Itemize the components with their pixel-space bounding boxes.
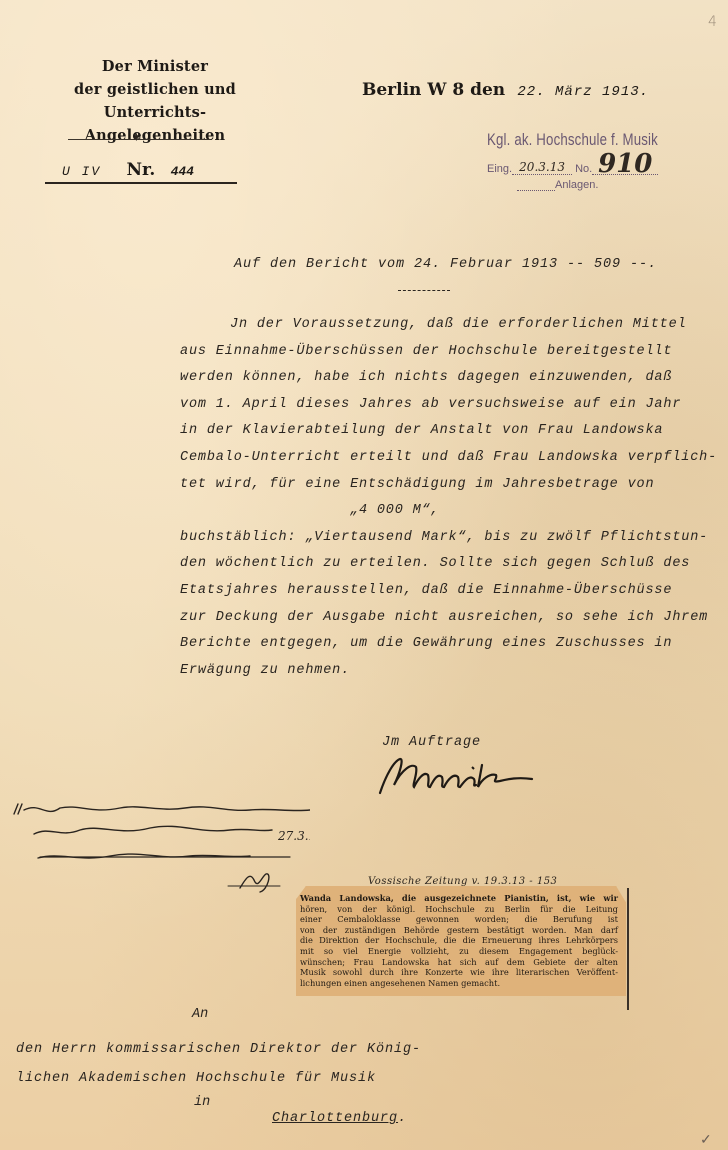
- file-reference: U IV Nr. 444: [62, 160, 194, 180]
- body-line: buchstäblich: „Viertausend Mark“, bis zu…: [180, 525, 720, 552]
- clipping-line: Wanda Landowska, die ausgezeichnete Pian…: [300, 893, 618, 904]
- body-line: in der Klavierabteilung der Anstalt von …: [180, 418, 720, 445]
- no-label: No.: [575, 163, 592, 175]
- department-code: U IV: [62, 164, 101, 179]
- clipping-line: lichungen einen angesehenen Namen gemach…: [300, 978, 618, 989]
- address-line-2: lichen Akademischen Hochschule für Musik: [16, 1064, 421, 1093]
- clipping-line: von der zuständigen Behörde gestern best…: [300, 925, 618, 936]
- city-punct: .: [398, 1111, 407, 1126]
- letter-body: Jn der Voraussetzung, daß die erforderli…: [180, 312, 720, 684]
- address-city: Charlottenburg.: [272, 1111, 407, 1126]
- body-line: Erwägung zu nehmen.: [180, 658, 720, 685]
- separator: [398, 290, 450, 291]
- clipping-line: Musik sowohl durch ihre Konzerte wie ihr…: [300, 967, 618, 978]
- handwritten-note: 27.3.13: [10, 800, 310, 900]
- clipping-line: wünschen; Frau Landowska hat sich auf de…: [300, 957, 618, 968]
- anlagen-dots: [517, 190, 555, 191]
- letterhead: Der Minister der geistlichen und Unterri…: [40, 55, 270, 147]
- stamp-anlagen-row: Anlagen.: [517, 179, 706, 191]
- eing-label: Eing.: [487, 163, 512, 175]
- stamp-title: Kgl. ak. Hochschule f. Musik: [487, 130, 658, 150]
- nr-value: 444: [171, 164, 194, 179]
- body-line: Jn der Voraussetzung, daß die erforderli…: [180, 312, 720, 339]
- no-value: 910: [592, 154, 658, 175]
- receipt-stamp: Kgl. ak. Hochschule f. Musik Eing. 20.3.…: [487, 130, 706, 191]
- body-line: tet wird, für eine Entschädigung im Jahr…: [180, 472, 720, 499]
- ornament-star-icon: ⁕: [131, 131, 142, 146]
- closing-auftrag: Jm Auftrage: [382, 735, 481, 750]
- address-block: den Herrn kommissarischen Direktor der K…: [16, 1035, 421, 1093]
- clipping-margin-line: [627, 888, 629, 1010]
- clipping-line: die Direktion der Hochschule, die die Er…: [300, 935, 618, 946]
- body-line: Cembalo-Unterricht erteilt und daß Frau …: [180, 445, 720, 472]
- clipping-line: hören, von der königl. Hochschule zu Ber…: [300, 904, 618, 915]
- eing-date: 20.3.13: [512, 160, 572, 175]
- report-reference: Auf den Bericht vom 24. Februar 1913 -- …: [234, 257, 657, 272]
- anlagen-label: Anlagen.: [555, 179, 598, 191]
- place-date: Berlin W 8 den 22. März 1913.: [362, 80, 649, 100]
- city-name: Charlottenburg: [272, 1111, 398, 1126]
- clipping-line: mit so viel Energie vollzieht, zu diesem…: [300, 946, 618, 957]
- page-number: 4: [708, 14, 717, 30]
- stamp-eing-row: Eing. 20.3.13 No. 910: [487, 154, 706, 175]
- nr-label: Nr.: [126, 160, 155, 180]
- body-line: werden können, habe ich nichts dagegen e…: [180, 365, 720, 392]
- letterhead-line-2: der geistlichen und Unterrichts-: [40, 78, 270, 124]
- body-amount: „4 000 M“,: [180, 498, 720, 525]
- body-line: den wöchentlich zu erteilen. Sollte sich…: [180, 551, 720, 578]
- letterhead-line-3: Angelegenheiten: [40, 124, 270, 147]
- place: Berlin W 8 den: [362, 80, 505, 100]
- address-an: An: [192, 1007, 208, 1022]
- clipping-line: einer Cembaloklasse gewonnen worden; die…: [300, 914, 618, 925]
- body-line: Berichte entgegen, um die Gewährung eine…: [180, 631, 720, 658]
- clipping-source: Vossische Zeitung v. 19.3.13 - 153: [368, 876, 557, 887]
- body-line: Etatsjahres herausstellen, daß die Einna…: [180, 578, 720, 605]
- letterhead-line-1: Der Minister: [40, 55, 270, 78]
- signature: [372, 755, 547, 800]
- address-in: in: [194, 1095, 210, 1110]
- reference-rule: [45, 182, 237, 184]
- note-date: 27.3.13: [277, 829, 310, 843]
- body-line: zur Deckung der Ausgabe nicht ausreichen…: [180, 605, 720, 632]
- body-line: vom 1. April dieses Jahres ab versuchswe…: [180, 392, 720, 419]
- corner-mark: ✓: [700, 1132, 712, 1148]
- date: 22. März 1913.: [517, 84, 649, 100]
- clipping-text: Wanda Landowska, die ausgezeichnete Pian…: [300, 893, 618, 988]
- body-line: aus Einnahme-Überschüssen der Hochschule…: [180, 339, 720, 366]
- address-line-1: den Herrn kommissarischen Direktor der K…: [16, 1035, 421, 1064]
